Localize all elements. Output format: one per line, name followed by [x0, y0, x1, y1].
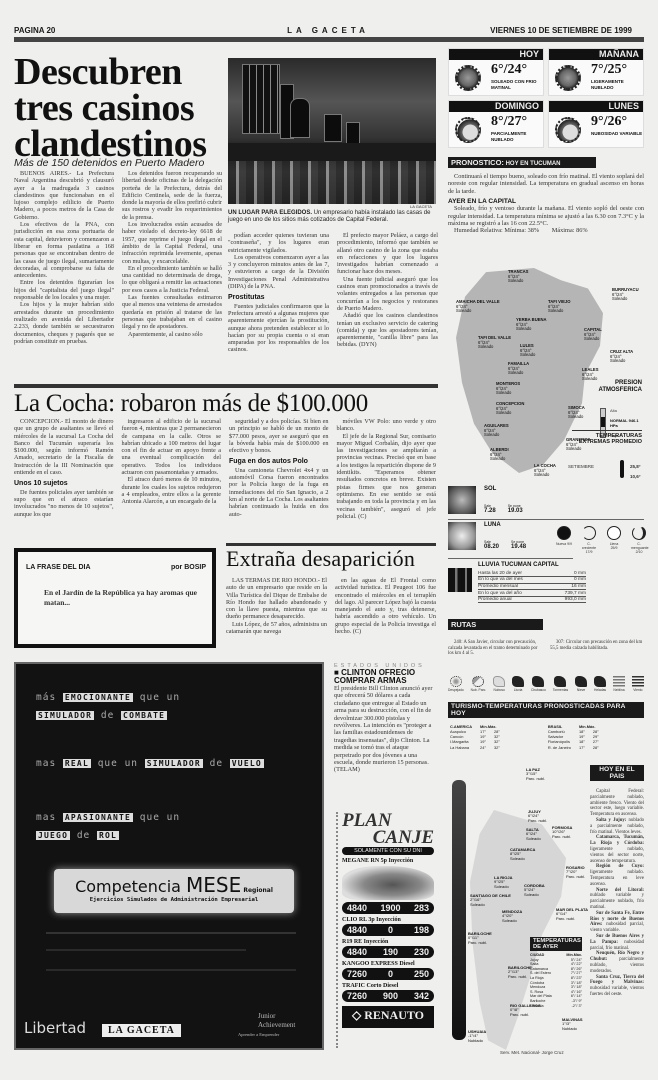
waning-moon-icon: [632, 526, 646, 540]
table-row: Promedio anual993,0 mm: [478, 596, 586, 603]
sun-moon-panel: SOL Sale7.28 Se pone19.03 LUNA Sale08.20…: [448, 486, 644, 555]
mese-subtitle: Ejercicios Simulados de Administración E…: [54, 897, 294, 903]
paragraph: Las fuentes consultadas estimaron que al…: [122, 294, 222, 330]
divider: [448, 519, 644, 520]
map-town-label: LULES6°/24°Soleado: [520, 344, 535, 358]
country-forecast: HOY EN EL PAIS Capital Federal: parcialm…: [590, 765, 644, 998]
moon-phases: Nueva 9/9 C. creciente 17/9 Llena 25/9 C…: [556, 526, 647, 554]
junior-achievement-logo: Junior Achievement Aprender a Emprender: [238, 1012, 295, 1039]
fog-icon: [613, 676, 625, 687]
extreme-temps-max: 25,8°: [630, 464, 641, 469]
issue-date: VIERNES 10 DE SETIEMBRE DE 1999: [490, 26, 632, 35]
extrana-headline: Extraña desaparición: [226, 546, 415, 572]
table-row: En lo que va del mes0 mm: [478, 577, 586, 584]
extreme-temps-min: 10,6°: [630, 474, 641, 479]
extreme-temps-month: SETIEMBRE: [568, 464, 594, 469]
map-city-label: MAR DEL PLATA6°/14°Parc. nubl.: [556, 908, 588, 921]
map-city-label: CATAMARCA8°/25°Soleado: [510, 848, 535, 861]
moonset: Se pone19.48: [511, 540, 526, 550]
paragraph: Fuentes judiciales confirmaron que la Pr…: [228, 303, 329, 354]
price-row: 48400198: [342, 924, 434, 936]
map-town-label: SIMOCA6°/24°Soleado: [568, 406, 585, 420]
map-city-label: CORDOBA5°/24°Soleado: [524, 884, 545, 897]
paragraph: Sur de Santa Fe, Entre Ríos y norte de B…: [590, 911, 644, 934]
map-town-label: CRUZ ALTA6°/24°Soleado: [610, 350, 633, 364]
paragraph: Catamarca, Tucumán, La Rioja y Córdoba: …: [590, 835, 644, 864]
paragraph: BUENOS AIRES.- La Prefectura Naval Argen…: [14, 170, 114, 221]
extrana-column-1: LAS TERMAS DE RIO HONDO.- El auto de un …: [226, 577, 327, 635]
header-rule: [14, 37, 644, 42]
snow-icon: [575, 676, 587, 687]
car-model: R19 RE Inyección: [342, 939, 434, 945]
ad-fine-print: [46, 932, 296, 934]
section-divider: [14, 384, 438, 388]
paragraph: Los operativos comenzaron ayer a las 3 y…: [228, 254, 329, 290]
moon-image: [448, 522, 476, 550]
map-town-label: YERBA BUENA6°/24°Soleado: [516, 318, 547, 332]
partly-cloudy-icon: [555, 117, 581, 143]
photo-credit: LA GACETA: [410, 204, 432, 209]
sky-legend: Despejado Nub. Parc. Nuboso Lluvia Chuba…: [448, 676, 644, 692]
routes-panel: RUTAS 240: A San Javier, circular con pr…: [448, 614, 644, 657]
paragraph: ingresaron al edificio de la sucursal fu…: [122, 418, 222, 476]
paragraph: De fuentes policiales ayer también se su…: [14, 489, 114, 518]
weather-section: HOY 6°/24° SOLEADO CON FRIO MATINAL MAÑA…: [448, 48, 644, 235]
ad-line-1: más EMOCIONANTE que un: [36, 692, 180, 703]
table-row: Promedio mensual16 mm: [478, 583, 586, 590]
map-town-label: CONCEPCION6°/24°Soleado: [496, 402, 524, 416]
map-city-label: JUJUY6°/24°Parc. nubl.: [528, 810, 547, 823]
table-row: Hasta las 20 de ayer0 mm: [478, 570, 586, 577]
map-town-label: TAFI VIEJO6°/24°Soleado: [548, 300, 571, 314]
cocha-article-body: CONCEPCION.- El monto de dinero que un g…: [14, 418, 436, 520]
lead-headline: Descubren tres casinos clandestinos: [14, 54, 224, 162]
sunny-icon: [455, 65, 481, 91]
paragraph: en las aguas de El Frontal como activida…: [335, 577, 436, 635]
yesterday-temps-table: TEMPERATURAS DE AYER CIUDADMín.Máx. Juju…: [530, 935, 582, 1008]
chile-andes-shape: [452, 780, 466, 1040]
map-town-label: FAMAILLA6°/24°Soleado: [508, 362, 529, 376]
paragraph: Sur de Buenos Aires y La Pampa: nubosida…: [590, 934, 644, 951]
paragraph: móviles VW Polo: uno verde y otro blanco…: [337, 418, 437, 433]
extrana-column-2: en las aguas de El Frontal como activida…: [335, 577, 436, 635]
cocha-column-3: seguridad y a dos policías. Si bien en u…: [229, 418, 329, 520]
ad-line-5: JUEGO de ROL: [36, 830, 119, 841]
renault-plan-canje-ad[interactable]: PLAN CANJE SOLAMENTE CON SU DNI MEGANE R…: [336, 812, 434, 1048]
map-town-label: AGUILARES6°/24°Soleado: [484, 424, 509, 438]
paragraph: Neuquén, Río Negro y Chubut: parcialment…: [590, 951, 644, 974]
ad-line-2: SIMULADOR de COMBATE: [36, 710, 167, 721]
lead-article-body-continued: podían acceder quienes tuvieran una "con…: [228, 232, 438, 354]
ad-banner: SOLAMENTE CON SU DNI: [342, 847, 434, 855]
rainfall-title: LLUVIA TUCUMAN CAPITAL: [478, 562, 559, 568]
forecast-header: PRONOSTICO: HOY EN TUCUMAN: [448, 152, 644, 170]
ad-title-canje: CANJE: [342, 829, 434, 846]
ad-fine-print: [46, 969, 296, 971]
paragraph: CONCEPCION.- El monto de dinero que un g…: [14, 418, 114, 476]
sunrise: Sale7.28: [484, 504, 496, 514]
sunny-icon: [555, 65, 581, 91]
subhead-unos-10-sujetos: Unos 10 sujetos: [14, 480, 114, 487]
sunset: Se pone19.03: [508, 504, 523, 514]
renault-diamond-icon: ◇: [352, 1008, 364, 1022]
humidity: Humedad Relativa: Mínima: 38% Máxima: 86…: [448, 227, 644, 234]
map-city-label: LA PAZ3°/15°Parc. nubl.: [526, 768, 545, 781]
clear-sky-icon: [450, 676, 462, 687]
frost-icon: [594, 676, 606, 687]
moon-label: LUNA: [484, 522, 501, 528]
paragraph: Luis López, de 57 años, administra un ca…: [226, 621, 327, 636]
cocha-column-1: CONCEPCION.- El monto de dinero que un g…: [14, 418, 114, 520]
map-city-label: BARILOCHE2°/13°Parc. nubl.: [508, 966, 532, 979]
paragraph: Los efectivos de la PNA, con jurisdicció…: [14, 221, 114, 279]
paragraph: Una fuente judicial aseguró que los casi…: [337, 276, 438, 312]
extrana-article-body: LAS TERMAS DE RIO HONDO.- El auto de un …: [226, 577, 436, 635]
map-city-label: LA RIOJA9°/25°Soleado: [494, 876, 513, 889]
full-moon-icon: [607, 526, 621, 540]
pressure-title: PRESION ATMOSFERICA: [582, 380, 642, 393]
paragraph: LAS TERMAS DE RIO HONDO.- El auto de un …: [226, 577, 327, 621]
map-town-label: MONTEROS6°/24°Soleado: [496, 382, 520, 396]
map-town-label: CAPITAL6°/24°Soleado: [584, 328, 602, 342]
yesterday-text: Soleado, frío y ventoso durante la mañan…: [448, 205, 644, 227]
paragraph: Norte del Litoral: nublado variable y pa…: [590, 888, 644, 911]
brief-headline: ■ CLINTON OFRECIO COMPRAR ARMAS: [334, 669, 436, 685]
mese-brand: MESE: [186, 873, 241, 897]
thermometer-icon: [620, 460, 624, 478]
rain-icon: [512, 676, 524, 687]
map-city-label: ROSARIO7°/20°Parc. nubl.: [566, 866, 585, 879]
price-row: 72600250: [342, 968, 434, 980]
paragraph: Los detenidos fueron recuperando su libe…: [122, 170, 222, 221]
map-city-label: SALTA6°/24°Soleado: [526, 828, 541, 841]
forecast-card-hoy: HOY 6°/24° SOLEADO CON FRIO MATINAL: [448, 48, 544, 96]
route-240: 240: A San Javier, circular con precauci…: [448, 640, 542, 657]
mese-competition-ad[interactable]: más EMOCIONANTE que un SIMULADOR de COMB…: [14, 662, 324, 1050]
new-moon-icon: [557, 526, 571, 540]
brasil-table: BRASILMín.Máx. Camboriú18°28° Salvador19…: [548, 724, 607, 750]
map-town-label: ALBERDI6°/24°Soleado: [490, 448, 509, 462]
lead-column-1: BUENOS AIRES.- La Prefectura Naval Argen…: [14, 170, 114, 345]
map-credit: Serv. Met. Nacional- Jorge Cruz: [500, 1050, 564, 1055]
cocha-column-2: ingresaron al edificio de la sucursal fu…: [122, 418, 222, 520]
paragraph: En el procedimiento también se halló una…: [122, 265, 222, 294]
cocha-headline: La Cocha: robaron más de $100.000: [14, 390, 368, 418]
partly-cloudy-icon: [455, 117, 481, 143]
car-model: TRAFIC Corto Diesel: [342, 983, 434, 989]
mese-regional: Regional: [241, 887, 273, 894]
paragraph: El atraco duró menos de 10 minutos, dura…: [122, 476, 222, 505]
map-city-label: FORMOSA10°/26°Parc. nubl.: [552, 826, 572, 839]
tourism-temps-panel: TURISMO-TEMPERATURAS PRONOSTICADAS PARA …: [448, 702, 644, 750]
paragraph: Aparentemente, al casino sólo: [122, 331, 222, 338]
car-image: [342, 866, 434, 900]
central-america-table: C.AMERICAMín.Máx. Acapulco17°28° Cancún1…: [450, 724, 508, 750]
map-town-label: TRANCAS6°/24°Soleado: [508, 270, 528, 284]
la-gaceta-logo: LA GACETA: [102, 1024, 181, 1037]
paragraph: podían acceder quienes tuvieran una "con…: [228, 232, 329, 254]
libertad-logo: Libertad: [24, 1019, 86, 1037]
map-city-label: MENDOZA4°/20°Soleado: [502, 910, 522, 923]
table-row: En lo que va del año739,7 mm: [478, 590, 586, 597]
price-row: 48401900283: [342, 902, 434, 914]
forecast-cards: HOY 6°/24° SOLEADO CON FRIO MATINAL MAÑA…: [448, 48, 644, 148]
moon-row: LUNA Sale08.20 Se pone19.48 Nueva 9/9 C.…: [448, 522, 644, 555]
quote-text: En el Jardín de la República ya hay arom…: [44, 588, 204, 608]
sun-row: SOL Sale7.28 Se pone19.03: [448, 486, 644, 519]
paragraph: Capital Federal: parcialmente nublado, a…: [590, 789, 644, 818]
lead-article-body: BUENOS AIRES.- La Prefectura Naval Argen…: [14, 170, 222, 345]
quote-author: por BOSIP: [171, 564, 206, 571]
paragraph: Salta y Jujuy: nublado a parcialmente nu…: [590, 818, 644, 835]
caption-lead: UN LUGAR PARA ELEGIDOS.: [228, 210, 312, 216]
paragraph: Añadió que los casinos clandestinos tení…: [337, 312, 438, 348]
ad-line-4: mas APASIONANTE que un: [36, 812, 180, 823]
brief-body: El presidente Bill Clinton anunció ayer …: [334, 685, 436, 774]
route-307: 307: Circular con precaución en zona del…: [550, 640, 644, 657]
tourism-title: TURISMO-TEMPERATURAS PRONOSTICADAS PARA …: [448, 702, 644, 718]
waxing-moon-icon: [582, 526, 596, 540]
map-city-label: MALVINAS1°/3°Nublado: [562, 1018, 583, 1031]
car-model: CLIO RL 3p Inyección: [342, 917, 434, 923]
paragraph: Santa Cruz, Tierra del Fuego y Malvinas:…: [590, 975, 644, 998]
paragraph: seguridad y a dos policías. Si bien en u…: [229, 418, 329, 454]
table-row: R. de Janeiro17°28°: [548, 745, 607, 750]
price-row: 7260900342: [342, 990, 434, 1002]
quote-label: LA FRASE DEL DIA: [26, 564, 91, 571]
car-model: MEGANE RN 5p Inyección: [342, 858, 434, 864]
cloudy-icon: [493, 676, 505, 687]
storm-icon: [554, 676, 566, 687]
forecast-card-domingo: DOMINGO 8°/27° PARCIALMENTE NUBLADO: [448, 100, 544, 148]
lead-column-2: Los detenidos fueron recuperando su libe…: [122, 170, 222, 345]
mese-title: Competencia: [75, 877, 186, 896]
forecast-text: Continuará el tiempo bueno, soleado con …: [448, 173, 644, 195]
quote-of-the-day-box: LA FRASE DEL DIA por BOSIP En el Jardín …: [14, 548, 216, 648]
map-town-label: LA COCHA6°/24°Soleado: [534, 464, 556, 478]
country-forecast-title: HOY EN EL PAIS: [590, 765, 644, 781]
paragraph: Los hijos y la mujer habrían sido arrest…: [14, 301, 114, 345]
forecast-card-manana: MAÑANA 7°/25° LIGERAMENTE NUBLADO: [548, 48, 644, 96]
lead-subtitle: Más de 150 detenidos en Puerto Madero: [14, 157, 204, 169]
argentina-weather-map: LA PAZ3°/15°Parc. nubl.JUJUY6°/24°Parc. …: [448, 760, 588, 1056]
shower-icon: [532, 676, 544, 687]
map-town-label: BURRUYACU6°/24°Soleado: [612, 288, 639, 302]
map-city-label: BARILOCHE0°/11°Parc. nubl.: [468, 932, 492, 945]
partly-cloudy-icon: [472, 676, 484, 687]
paragraph: El prefecto mayor Peláez, a cargo del pr…: [337, 232, 438, 276]
extreme-temps-title: TEMPERATURAS EXTREMAS PROMEDIO: [572, 430, 642, 445]
table-row: La Habana24°32°: [450, 745, 508, 750]
tucuman-weather-map: TRANCAS6°/24°SoleadoAMAICHA DEL VALLE6°/…: [448, 258, 644, 480]
sun-image: [448, 486, 476, 514]
rainfall-table: Hasta las 20 de ayer0 mm En lo que va de…: [478, 570, 586, 603]
paragraph: Una camioneta Chevrolet 4x4 y un automóv…: [229, 467, 329, 518]
rain-icon: [448, 568, 472, 592]
map-city-label: USHUAIA-1°/4°Nublado: [468, 1030, 486, 1043]
clinton-news-brief: ESTADOS UNIDOS ■ CLINTON OFRECIO COMPRAR…: [334, 663, 436, 774]
pressure-normal-value: NORMAL 946.1 HPa: [610, 418, 640, 428]
lead-column-4: El prefecto mayor Peláez, a cargo del pr…: [337, 232, 438, 354]
ad-fine-print: [46, 949, 246, 951]
ad-line-3: mas REAL que un SIMULADOR de VUELO: [36, 758, 264, 769]
puerto-madero-photo: [228, 58, 436, 204]
yesterday-label: AYER EN LA CAPITAL: [448, 198, 644, 205]
cocha-column-4: móviles VW Polo: uno verde y otro blanco…: [337, 418, 437, 520]
subhead-prostitutas: Prostitutas: [228, 294, 329, 301]
wind-icon: [632, 676, 644, 687]
paragraph: Los involucrados están acusados de haber…: [122, 221, 222, 265]
photo-caption: UN LUGAR PARA ELEGIDOS. Un empresario ha…: [228, 210, 438, 224]
map-town-label: AMAICHA DEL VALLE6°/24°Soleado: [456, 300, 500, 314]
lead-column-3: podían acceder quienes tuvieran una "con…: [228, 232, 329, 354]
moonrise: Sale08.20: [484, 540, 499, 550]
subhead-fuga: Fuga en dos autos Polo: [229, 458, 329, 465]
mese-title-box: Competencia MESE Regional Ejercicios Sim…: [54, 869, 294, 913]
paragraph: El jefe de la Regional Sur, comisario ma…: [337, 433, 437, 521]
paragraph: Entre los detenidos figurarían los hijos…: [14, 279, 114, 301]
map-city-label: SANTIAGO DE CHILE2°/16°Soleado: [470, 894, 511, 907]
map-town-label: TAFI DEL VALLE6°/24°Soleado: [478, 336, 511, 350]
paragraph: Región de Cuyo: ligeramente nublado. Tem…: [590, 864, 644, 887]
car-model: KANGOO EXPRESS Diesel: [342, 961, 434, 967]
renauto-logo: ◇ RENAUTO: [342, 1006, 434, 1028]
forecast-card-lunes: LUNES 9°/26° NUBOSIDAD VARIABLE: [548, 100, 644, 148]
price-row: 4840190230: [342, 946, 434, 958]
routes-title: RUTAS: [448, 619, 543, 630]
table-row: Ushuaia-2°/ 3°: [530, 1004, 582, 1009]
pressure-high-label: Alta: [610, 408, 617, 413]
sun-label: SOL: [484, 486, 496, 492]
